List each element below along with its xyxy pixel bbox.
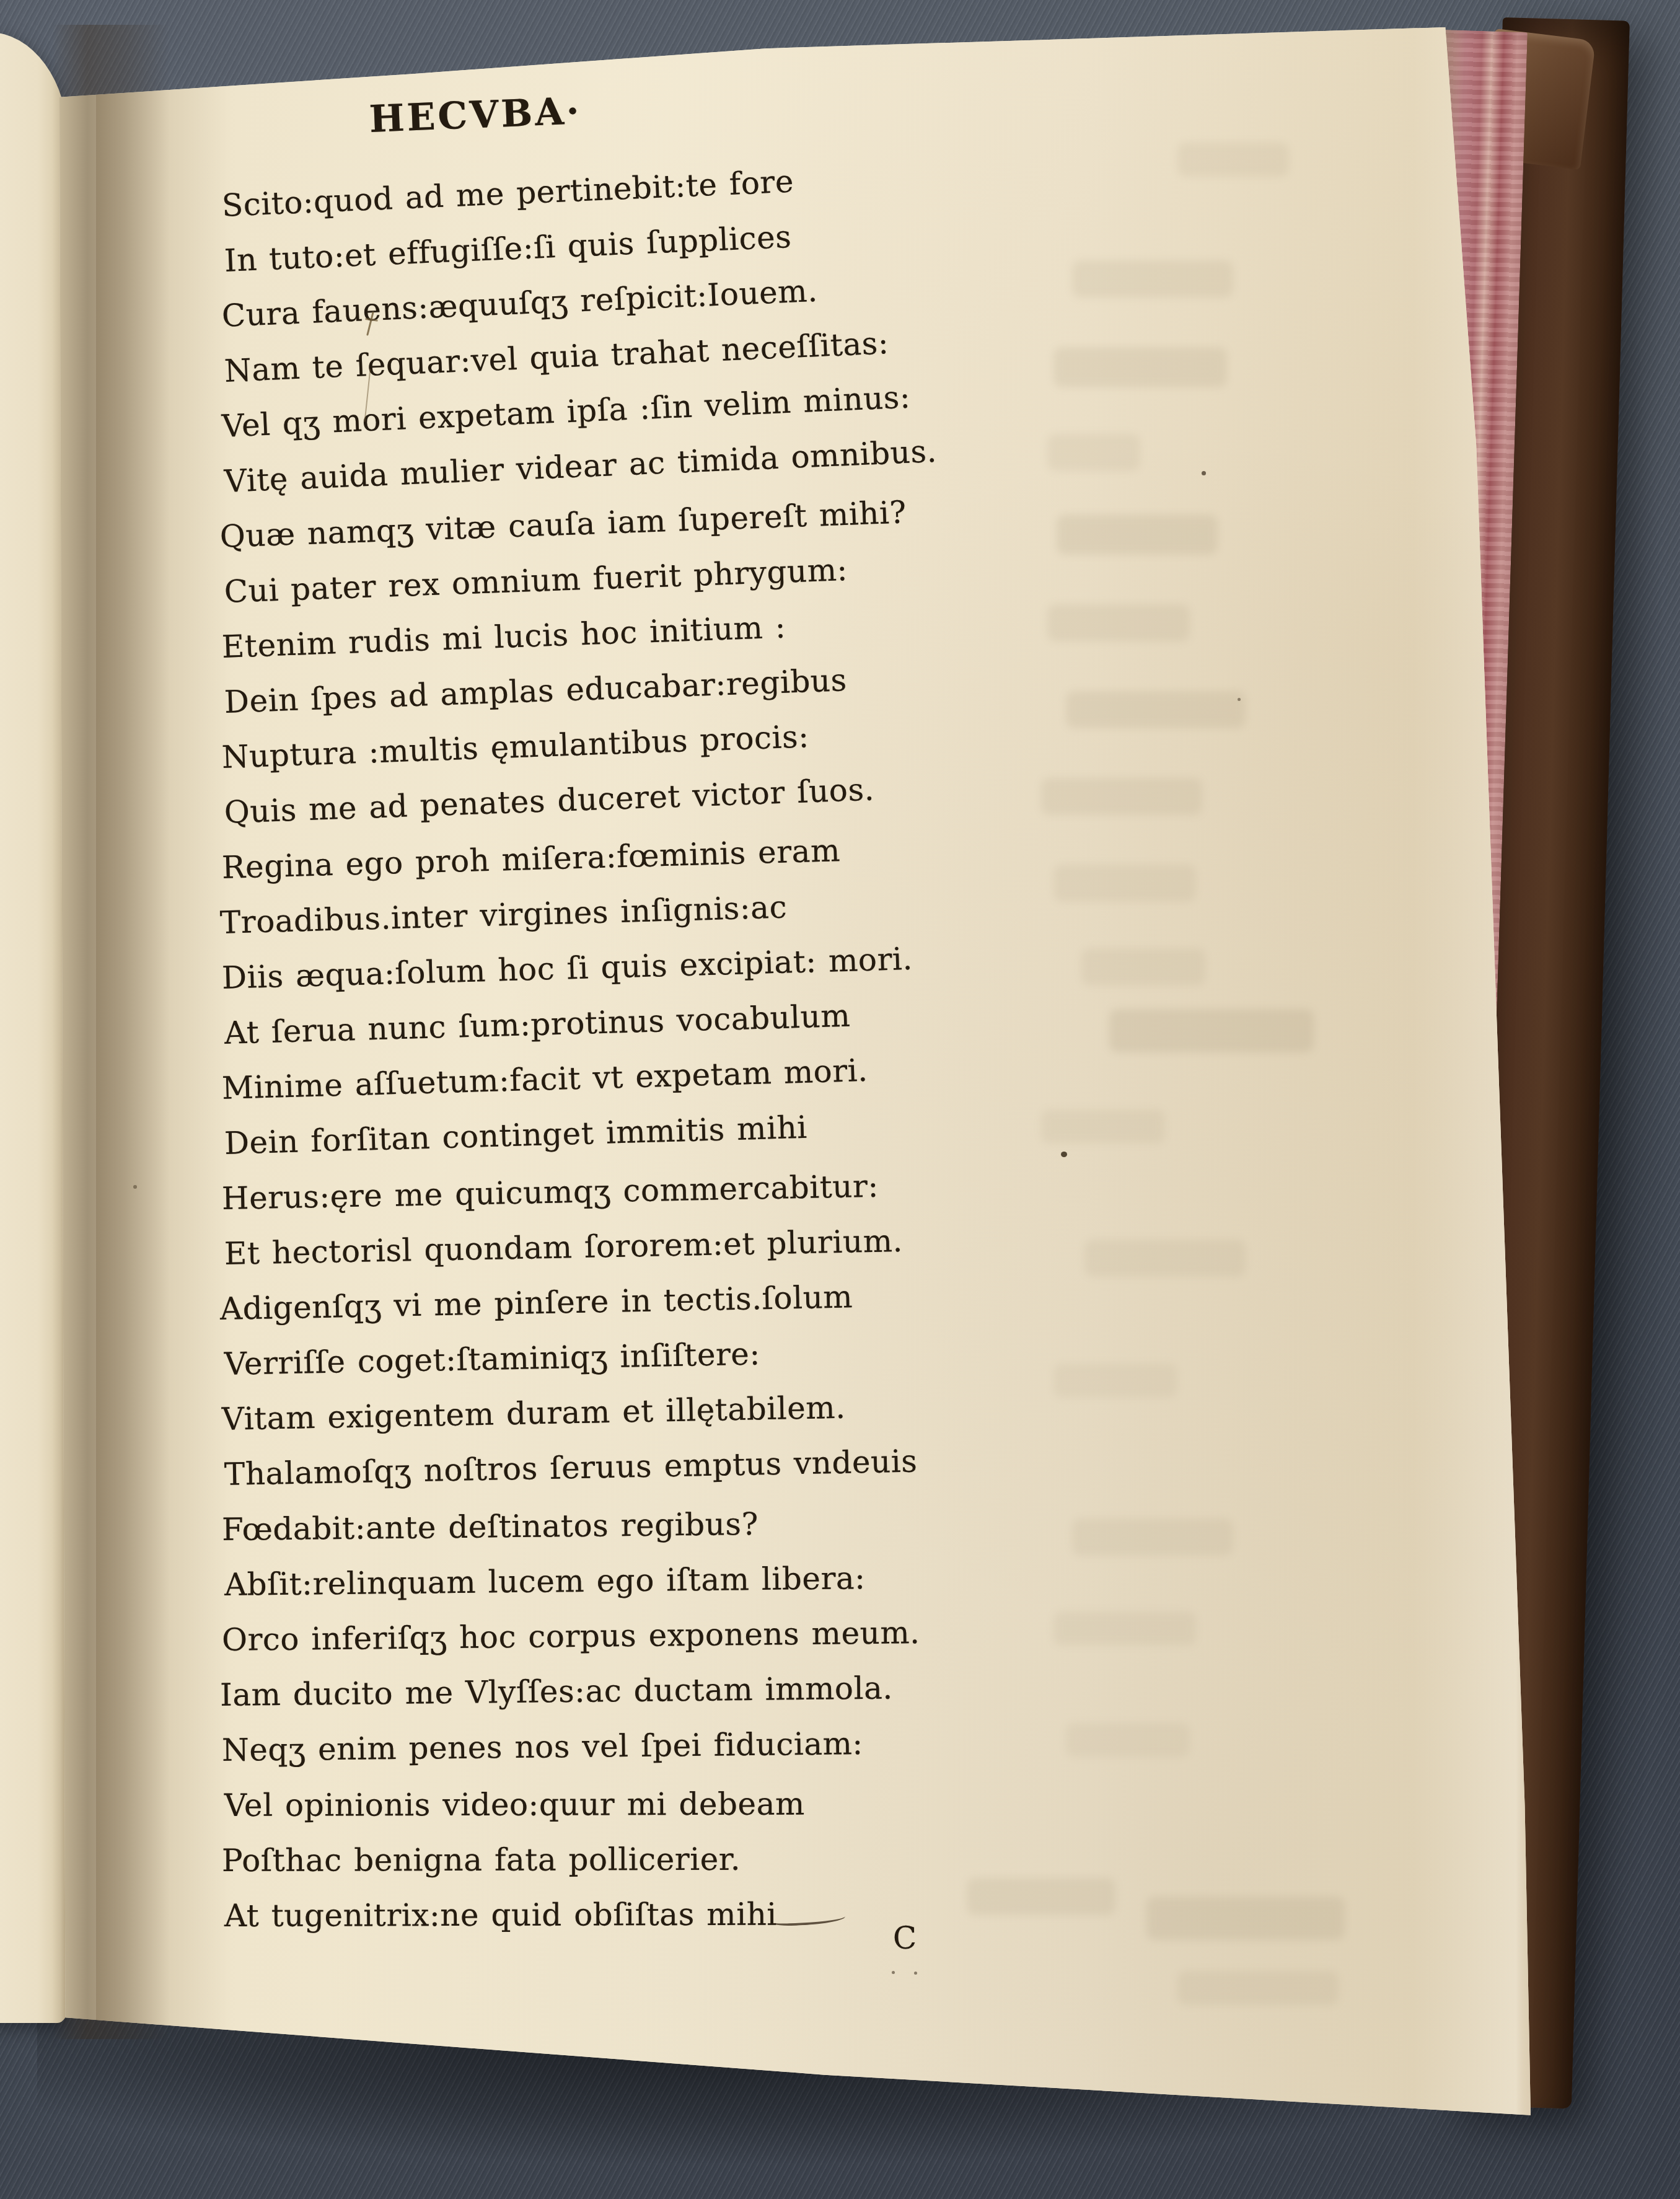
- facing-page-sliver: [0, 32, 68, 2023]
- page-heading: HECVBA·: [369, 89, 583, 141]
- text-line: At tugenitrix:ne quid obſiſtas mihi: [224, 1886, 1120, 1944]
- photo-of-open-incunable-book: HECVBA· Scito:quod ad me pertinebit:te f…: [0, 0, 1680, 2199]
- book-page: HECVBA· Scito:quod ad me pertinebit:te f…: [59, 12, 1531, 2132]
- text-line: Iam ducito me Vlyſſes:ac ductam immola.: [220, 1659, 1121, 1723]
- text-line: Vel opinionis video:quur mi debeam: [224, 1776, 1120, 1833]
- text-line: Abſit:relinquam lucem ego iſtam libera:: [224, 1548, 1121, 1613]
- text-line: Orco inferiſqʒ hoc corpus exponens meum.: [222, 1603, 1121, 1668]
- text-line: Neqʒ enim penes nos vel ſpei fiduciam:: [222, 1714, 1121, 1778]
- text-line: Fœdabit:ante deſtinatos regibus?: [222, 1493, 1121, 1558]
- text-line: Poſthac benigna fata pollicerier.: [222, 1831, 1120, 1888]
- signature-mark: C: [892, 1920, 917, 1957]
- poem-text-block: Scito:quod ad me pertinebit:te foreIn tu…: [222, 178, 1120, 1944]
